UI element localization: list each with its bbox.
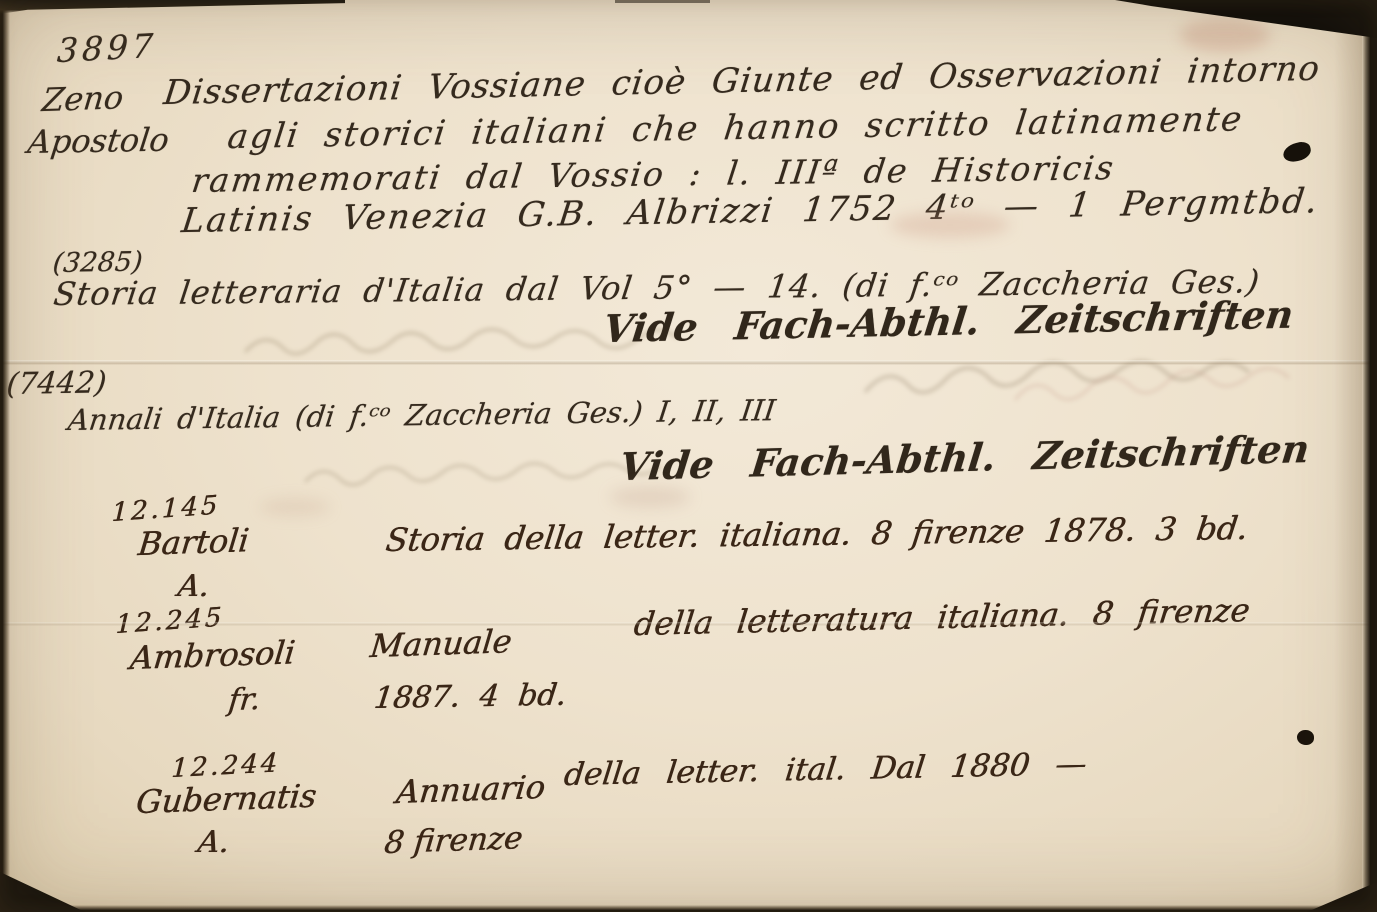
page-edge-right	[1362, 0, 1377, 912]
gubernatis-author-initial: A.	[196, 828, 231, 858]
zeno-author-line1: Zeno	[41, 81, 125, 116]
gubernatis-imprint: 8 firenze	[383, 823, 524, 859]
page-edge-bottom	[0, 905, 1377, 912]
ambrosoli-title-word: Manuale	[369, 625, 514, 662]
page-edge-top-right	[1115, 0, 1377, 38]
entry-3285-number: (3285)	[52, 248, 144, 277]
foxing-stain	[260, 498, 330, 516]
page-corner-bottom-right	[1307, 882, 1377, 912]
bartoli-title: Storia della letter. italiana. 8 firenze…	[384, 512, 1250, 556]
gubernatis-title-rest: della letter. ital. Dal 1880 —	[562, 749, 1088, 791]
page-edge-top-left	[0, 0, 345, 14]
foxing-stain	[610, 486, 690, 508]
entry-3285-cross-reference: Vide Fach-Abthl. Zeitschriften	[601, 296, 1295, 349]
bartoli-author-initial: A.	[176, 572, 211, 602]
ambrosoli-imprint: 1887. 4 bd.	[372, 681, 568, 714]
catalog-number: 3897	[56, 29, 158, 67]
ghost-writing	[1010, 362, 1320, 424]
gubernatis-shelfmark: 12.244	[171, 750, 281, 782]
fold-crease	[0, 360, 1377, 365]
gubernatis-title-word: Annuario	[395, 771, 547, 808]
ghost-writing	[860, 348, 1280, 418]
page-edge-top-mid	[615, 0, 710, 3]
zeno-title-line2: agli storici italiani che hanno scritto …	[226, 102, 1246, 154]
entry-7442-title: Annali d'Italia (di f.ᶜᵒ Zaccheria Ges.)…	[66, 396, 777, 435]
catalog-card: 3897 Zeno Dissertazioni Vossiane cioè Gi…	[0, 0, 1377, 912]
foxing-stain	[1180, 18, 1270, 52]
gubernatis-author: Gubernatis	[135, 780, 318, 818]
page-edge-left	[0, 0, 10, 912]
ambrosoli-shelfmark: 12.245	[115, 604, 225, 638]
zeno-author-line2: Apostolo	[26, 124, 171, 159]
ambrosoli-author: Ambrosoli	[129, 636, 297, 674]
page-corner-bottom-left	[0, 872, 85, 912]
entry-7442-cross-reference: Vide Fach-Abthl. Zeitschriften	[618, 430, 1312, 486]
ink-blot	[1281, 140, 1313, 164]
ink-dot	[1297, 730, 1314, 745]
bartoli-author: Bartoli	[137, 524, 251, 560]
ambrosoli-title-rest: della letteratura italiana. 8 firenze	[632, 594, 1251, 640]
entry-7442-number: (7442)	[5, 368, 107, 400]
ambrosoli-author-initial: fr.	[227, 685, 262, 716]
paper-bend-shadow	[1334, 0, 1362, 912]
bartoli-shelfmark: 12.145	[111, 492, 221, 526]
